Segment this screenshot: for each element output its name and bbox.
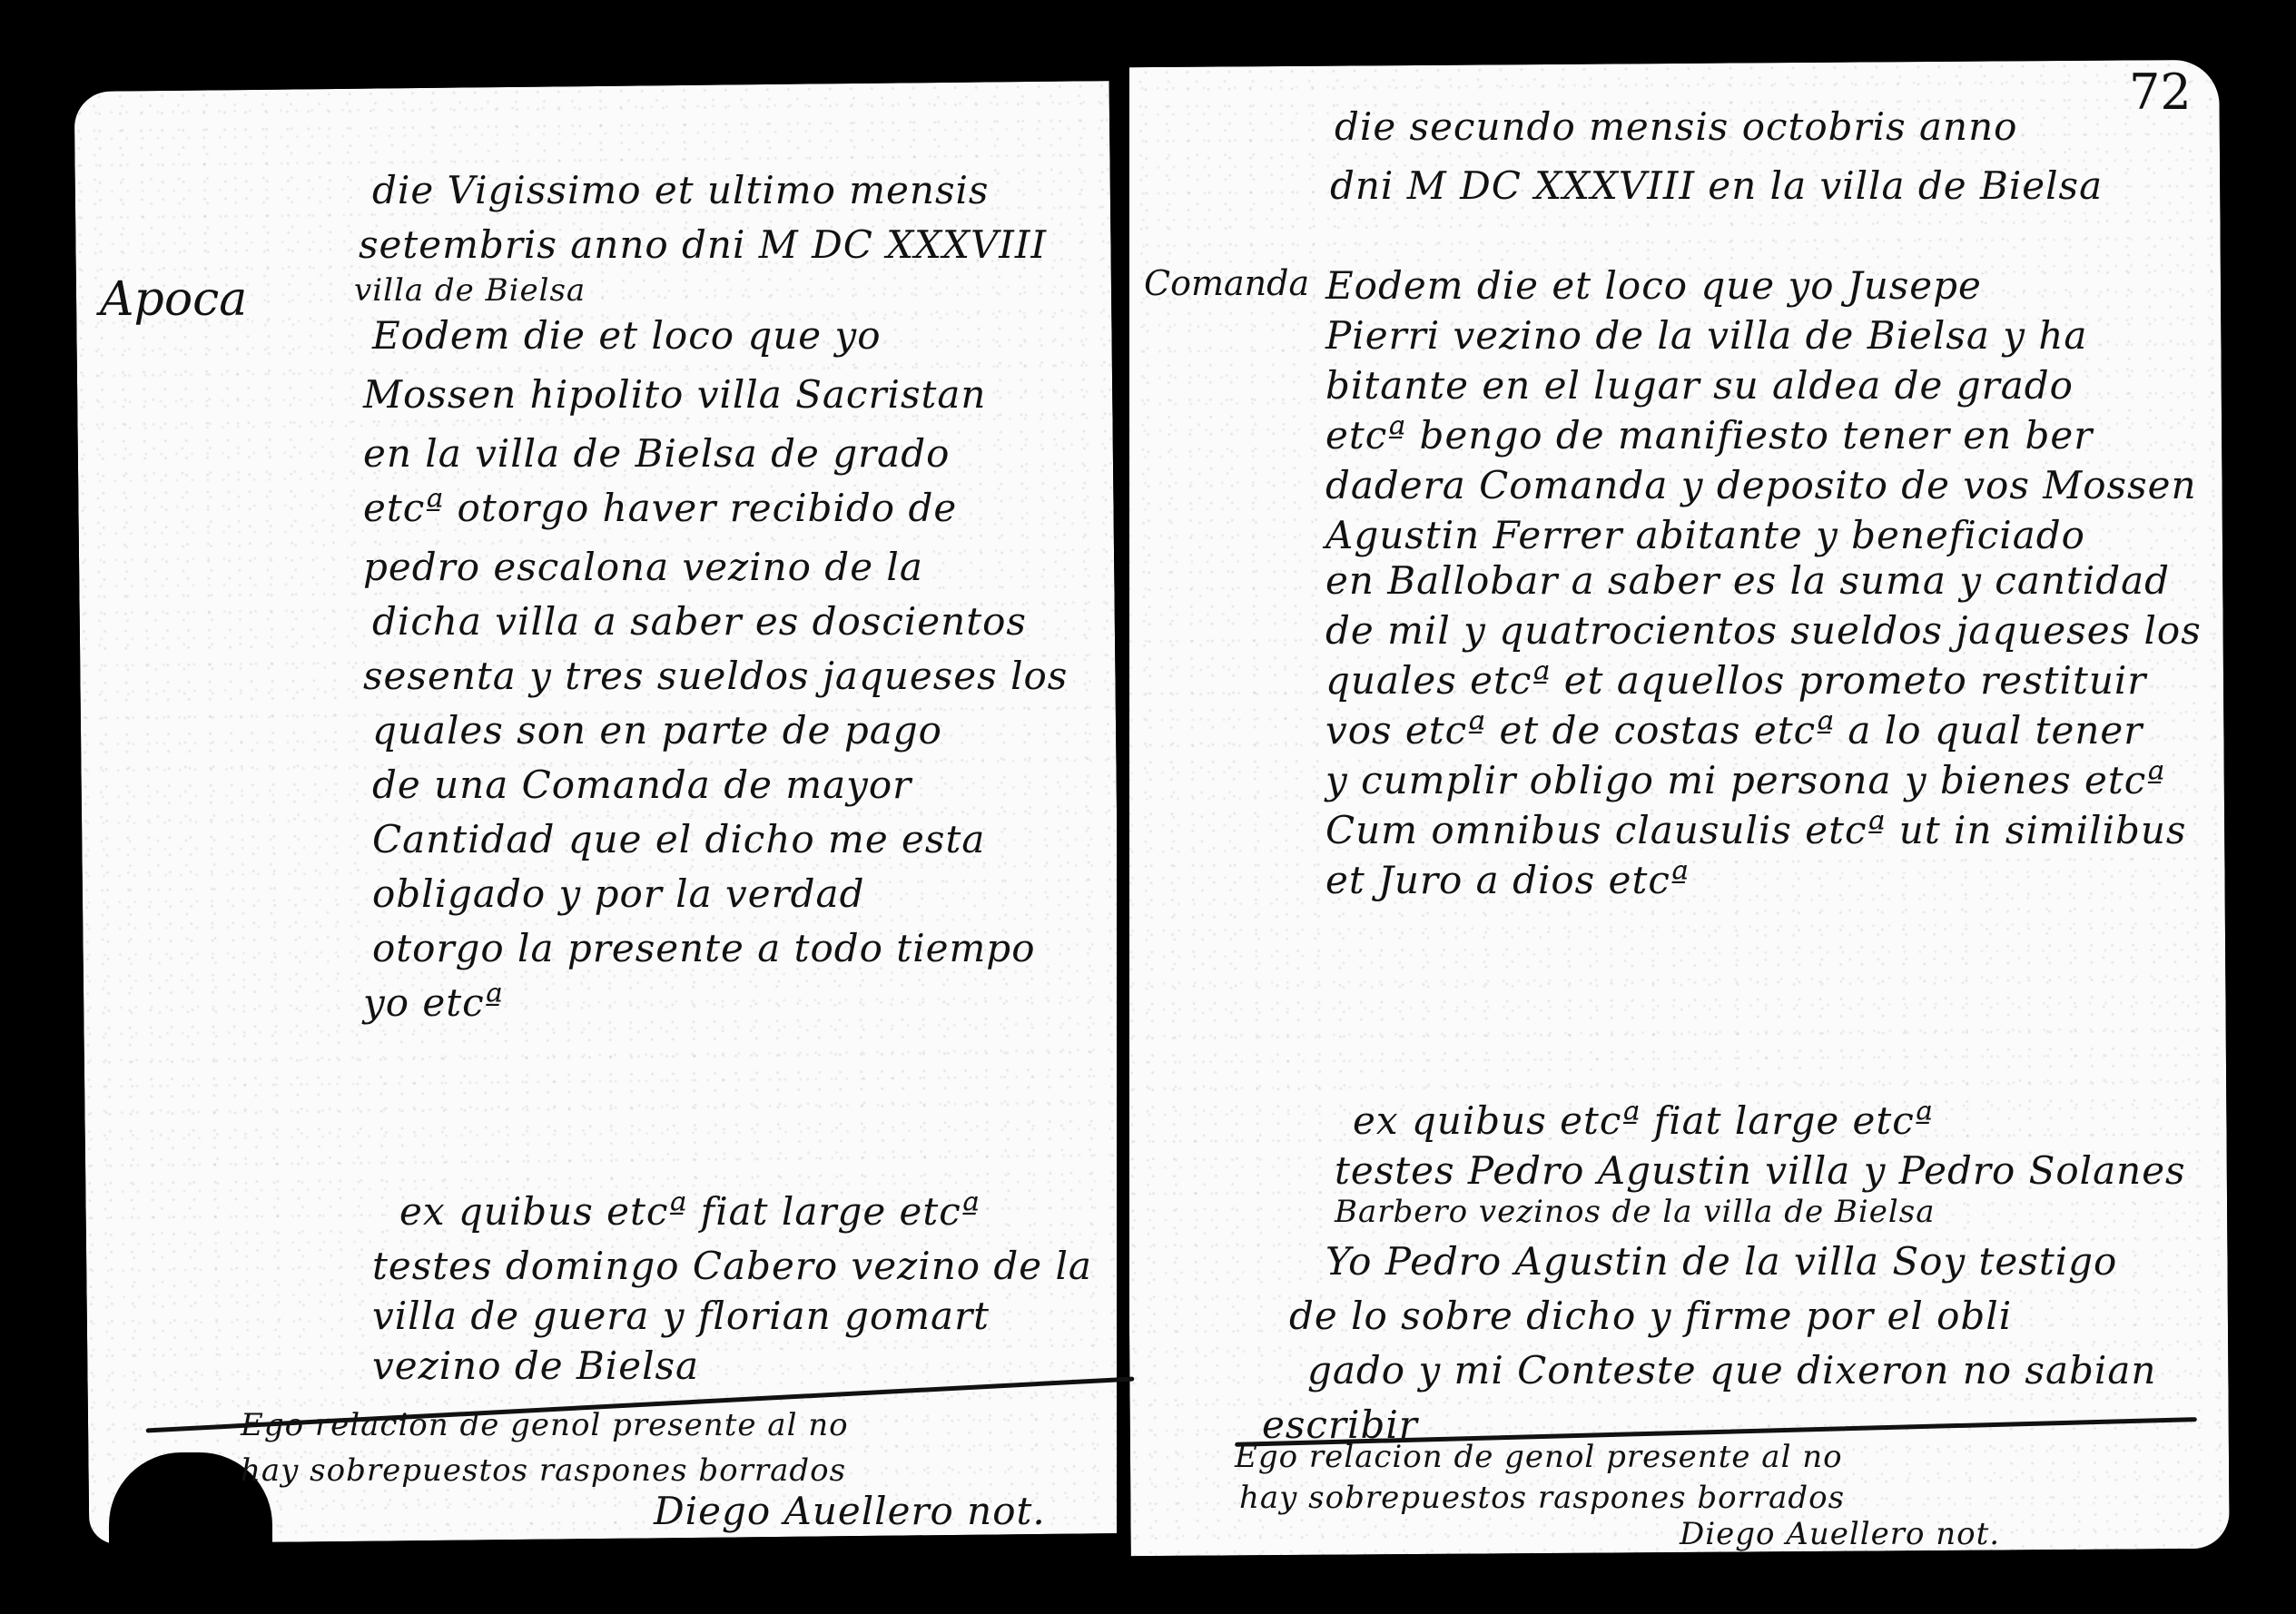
left-line: vezino de Bielsa [372,1343,699,1388]
left-line: Mossen hipolito villa Sacristan [363,372,986,417]
margin-note-right: Comanda [1144,263,1309,303]
left-line: ex quibus etcª fiat large etcª [399,1189,980,1234]
right-line: y cumplir obligo mi persona y bienes etc… [1325,758,2165,802]
left-line: dicha villa a saber es doscientos [372,599,1027,644]
folio-number: 72 [2129,64,2192,121]
left-line: pedro escalona vezino de la [363,545,923,589]
right-line: de mil y quatrocientos sueldos jaqueses … [1325,608,2202,653]
right-line: Agustin Ferrer abitante y beneficiado [1325,513,2085,557]
right-line: quales etcª et aquellos prometo restitui… [1325,658,2146,703]
right-line: bitante en el lugar su aldea de grado [1325,363,2074,408]
right-line: dni M DC XXXVIII en la villa de Bielsa [1330,163,2103,208]
left-line: Cantidad que el dicho me esta [372,817,985,861]
right-line: hay sobrepuestos raspones borrados [1239,1480,1845,1516]
right-line: Diego Auellero not. [1680,1516,2000,1552]
right-line: Eodem die et loco que yo Jusepe [1325,263,1982,308]
right-line: et Juro a dios etcª [1325,858,1690,902]
right-line: gado y mi Conteste que dixeron no sabian [1307,1348,2156,1393]
left-line: en la villa de Bielsa de grado [363,431,950,476]
right-line: Yo Pedro Agustin de la villa Soy testigo [1325,1239,2117,1284]
right-line: vos etcª et de costas etcª a lo qual ten… [1325,708,2143,753]
left-line: sesenta y tres sueldos jaqueses los [363,654,1068,698]
right-line: Ego relacion de genol presente al no [1235,1439,1843,1475]
right-line: Cum omnibus clausulis etcª ut in similib… [1325,808,2187,852]
left-line: villa de guera y florian gomart [372,1294,990,1338]
left-line: de una Comanda de mayor [372,763,912,807]
left-line: yo etcª [363,980,504,1025]
left-line: etcª otorgo haver recibido de [363,486,957,530]
right-line: testes Pedro Agustin villa y Pedro Solan… [1335,1148,2186,1193]
right-line: ex quibus etcª fiat large etcª [1353,1098,1934,1143]
left-line: Eodem die et loco que yo [372,313,882,358]
left-line: Diego Auellero not. [654,1489,1046,1533]
left-line: setembris anno dni M DC XXXVIII [359,222,1047,267]
right-line: Barbero vezinos de la villa de Bielsa [1335,1194,1935,1230]
right-line: die secundo mensis octobris anno [1335,104,2017,149]
left-line: otorgo la presente a todo tiempo [372,926,1035,970]
right-line: etcª bengo de manifiesto tener en ber [1325,413,2093,458]
left-line: villa de Bielsa [354,272,586,309]
margin-note-left: Apoca [100,272,247,327]
left-line: testes domingo Cabero vezino de la [372,1244,1092,1288]
left-line: Ego relacion de genol presente al no [241,1407,849,1443]
right-line: Pierri vezino de la villa de Bielsa y ha [1325,313,2087,358]
left-line: hay sobrepuestos raspones borrados [241,1452,846,1489]
left-line: quales son en parte de pago [372,708,942,753]
left-line: obligado y por la verdad [372,871,864,916]
scan-background: 72 Apoca die Vigissimo et ultimo mensis … [0,0,2296,1614]
right-line: de lo sobre dicho y firme por el obli [1289,1294,2012,1338]
book-gutter [1117,0,1129,1614]
right-line: en Ballobar a saber es la suma y cantida… [1325,558,2170,603]
right-line: dadera Comanda y deposito de vos Mossen [1325,463,2197,507]
left-line: die Vigissimo et ultimo mensis [372,168,989,212]
